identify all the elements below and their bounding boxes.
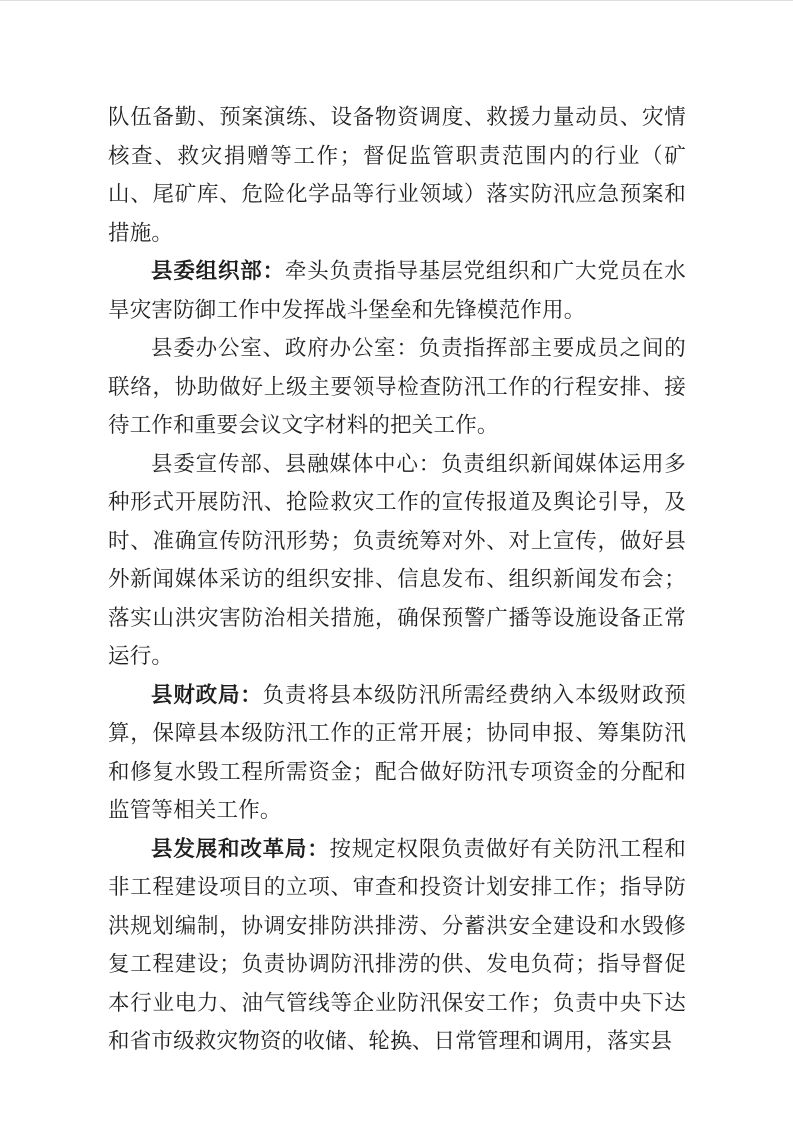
paragraph-development-reform-bureau: 县发展和改革局：按规定权限负责做好有关防汛工程和非工程建设项目的立项、审查和投资… [108, 830, 686, 1061]
page-number: - 7 - [380, 1035, 413, 1054]
paragraph-label: 县发展和改革局： [151, 837, 330, 861]
paragraph-label: 县财政局： [151, 683, 263, 707]
paragraph-text: 县委宣传部、县融媒体中心：负责组织新闻媒体运用多种形式开展防汛、抢险救灾工作的宣… [108, 452, 686, 669]
paragraph-text: 队伍备勤、预案演练、设备物资调度、救援力量动员、灾情核查、救灾捐赠等工作；督促监… [108, 105, 686, 245]
paragraph-text: 县委办公室、政府办公室：负责指挥部主要成员之间的联络，协助做好上级主要领导检查防… [108, 336, 686, 437]
paragraph-finance-bureau: 县财政局：负责将县本级防汛所需经费纳入本级财政预算，保障县本级防汛工作的正常开展… [108, 676, 686, 830]
paragraph-org-department: 县委组织部：牵头负责指导基层党组织和广大党员在水旱灾害防御工作中发挥战斗堡垒和先… [108, 252, 686, 329]
paragraph-duties-continuation: 队伍备勤、预案演练、设备物资调度、救援力量动员、灾情核查、救灾捐赠等工作；督促监… [108, 98, 686, 252]
paragraph-county-offices: 县委办公室、政府办公室：负责指挥部主要成员之间的联络，协助做好上级主要领导检查防… [108, 329, 686, 445]
page-footer: - 7 - [0, 1035, 793, 1055]
paragraph-label: 县委组织部： [151, 259, 285, 283]
paragraph-propaganda-media: 县委宣传部、县融媒体中心：负责组织新闻媒体运用多种形式开展防汛、抢险救灾工作的宣… [108, 445, 686, 676]
document-page: 队伍备勤、预案演练、设备物资调度、救援力量动员、灾情核查、救灾捐赠等工作；督促监… [0, 1, 793, 1123]
paragraph-text: 按规定权限负责做好有关防汛工程和非工程建设项目的立项、审查和投资计划安排工作；指… [108, 837, 686, 1054]
document-body: 队伍备勤、预案演练、设备物资调度、救援力量动员、灾情核查、救灾捐赠等工作；督促监… [108, 98, 686, 1061]
